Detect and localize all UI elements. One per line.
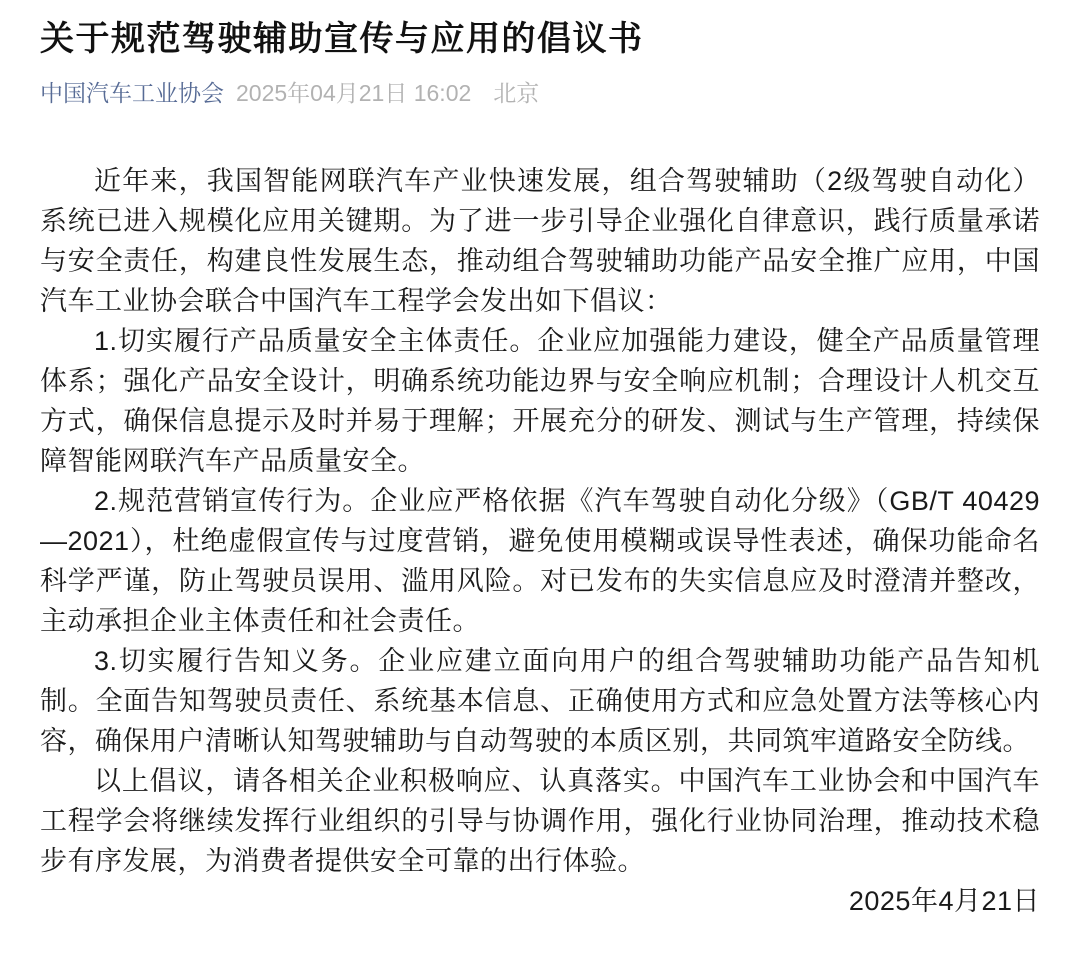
publish-location: 北京: [493, 80, 539, 106]
publish-datetime: 2025年04月21日 16:02: [236, 80, 471, 106]
byline: 中国汽车工业协会2025年04月21日 16:02北京: [40, 77, 1040, 109]
body-paragraph: 以上倡议，请各相关企业积极响应、认真落实。中国汽车工业协会和中国汽车工程学会将继…: [40, 761, 1040, 881]
article-body: 近年来，我国智能网联汽车产业快速发展，组合驾驶辅助（2级驾驶自动化）系统已进入规…: [40, 161, 1040, 881]
page-title: 关于规范驾驶辅助宣传与应用的倡议书: [40, 18, 1040, 60]
body-paragraph: 2.规范营销宣传行为。企业应严格依据《汽车驾驶自动化分级》（GB/T 40429…: [40, 481, 1040, 641]
body-paragraph: 近年来，我国智能网联汽车产业快速发展，组合驾驶辅助（2级驾驶自动化）系统已进入规…: [40, 161, 1040, 321]
author-link[interactable]: 中国汽车工业协会: [40, 80, 224, 106]
body-paragraph: 1.切实履行产品质量安全主体责任。企业应加强能力建设，健全产品质量管理体系；强化…: [40, 321, 1040, 481]
article-page: 关于规范驾驶辅助宣传与应用的倡议书 中国汽车工业协会2025年04月21日 16…: [0, 0, 1080, 960]
sign-date: 2025年4月21日: [40, 881, 1040, 921]
body-paragraph: 3.切实履行告知义务。企业应建立面向用户的组合驾驶辅助功能产品告知机制。全面告知…: [40, 641, 1040, 761]
